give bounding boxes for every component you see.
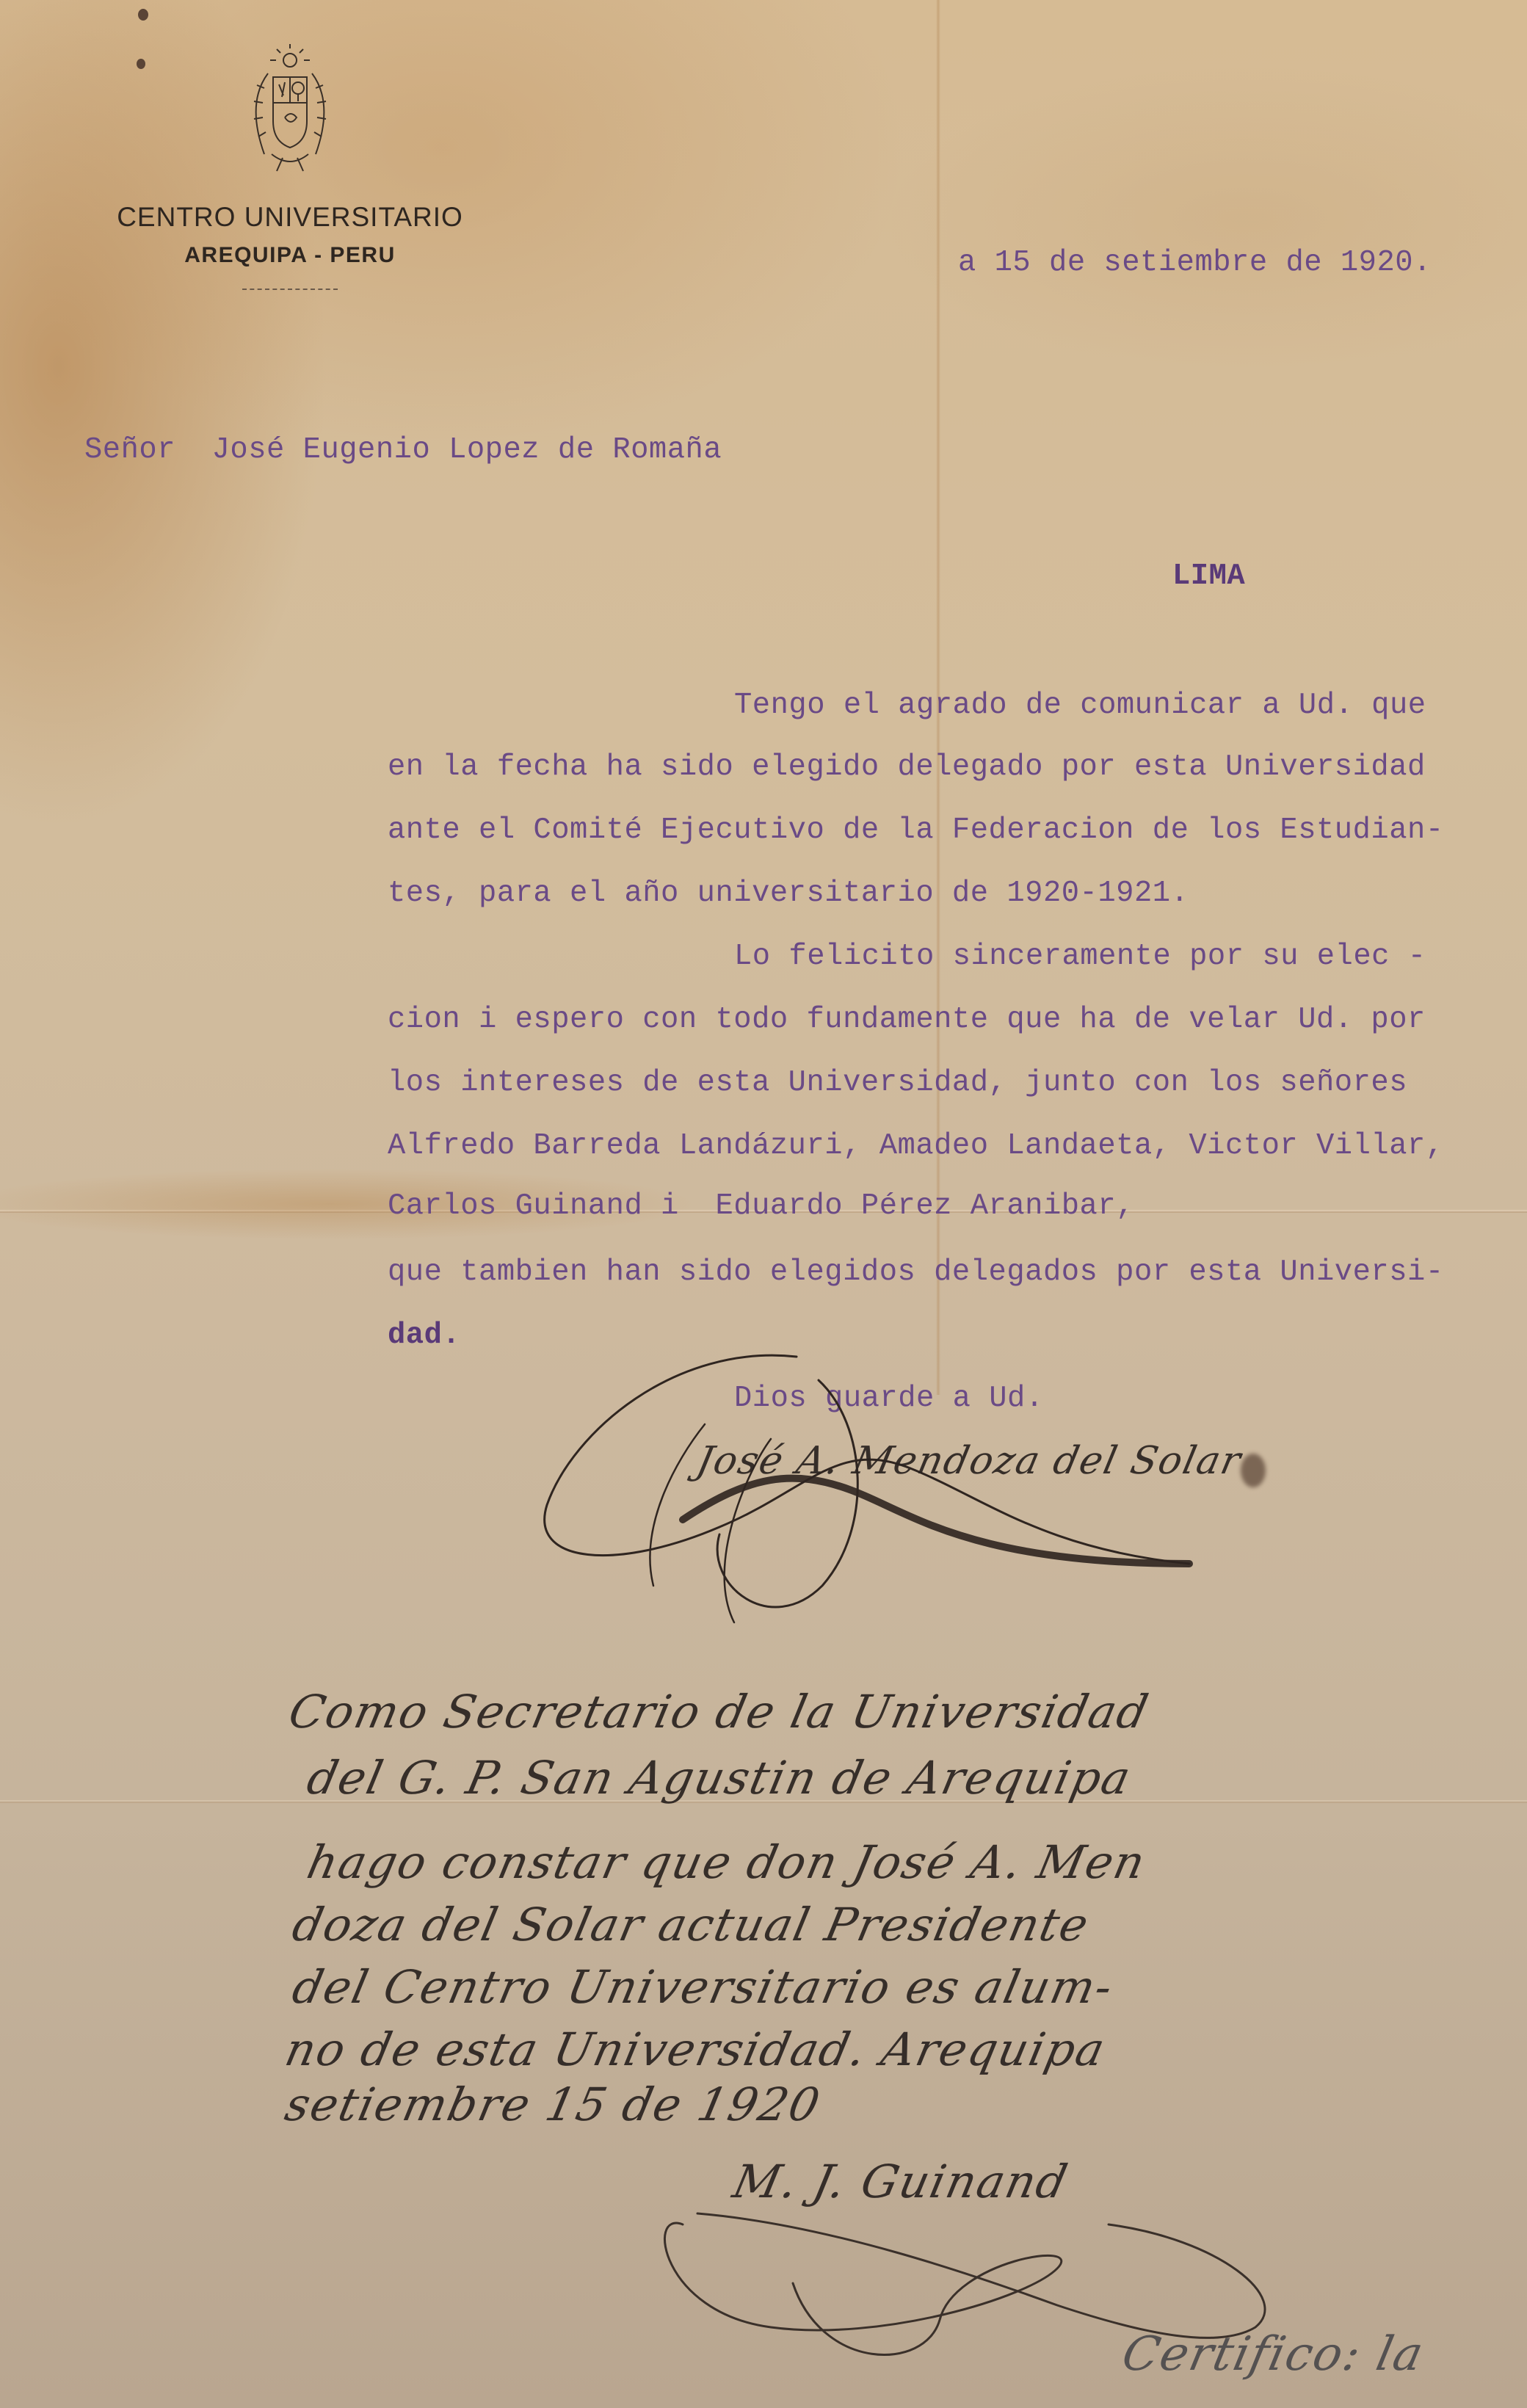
body-line: ante el Comité Ejecutivo de la Federacio…: [388, 813, 1444, 847]
letter-recipient: Señor José Eugenio Lopez de Romaña: [84, 433, 722, 467]
letterhead: CENTRO UNIVERSITARIO AREQUIPA - PERU: [70, 44, 510, 292]
letter-signature: José A. Mendoza del Solar: [693, 1439, 1246, 1483]
pencil-annotation: Certifico: la: [1117, 2327, 1429, 2382]
body-line: Carlos Guinand i Eduardo Pérez Aranibar,: [388, 1189, 1134, 1223]
body-line: dad.: [388, 1319, 460, 1352]
body-line: Tengo el agrado de comunicar a Ud. que: [734, 689, 1426, 722]
handwritten-line: doza del Solar actual Presidente: [288, 1898, 1094, 1951]
handwritten-line: Como Secretario de la Universidad: [284, 1685, 1154, 1738]
institution-location: AREQUIPA - PERU: [70, 243, 510, 268]
handwritten-line: del G. P. San Agustin de Arequipa: [302, 1751, 1136, 1805]
body-line: en la fecha ha sido elegido delegado por…: [388, 750, 1426, 784]
handwritten-line: hago constar que don José A. Men: [302, 1835, 1151, 1889]
body-line: cion i espero con todo fundamente que ha…: [388, 1003, 1426, 1037]
body-line: Alfredo Barreda Landázuri, Amadeo Landae…: [388, 1129, 1444, 1163]
letter-date: a 15 de setiembre de 1920.: [958, 246, 1432, 280]
institution-name: CENTRO UNIVERSITARIO: [70, 202, 510, 233]
ink-spot: [138, 9, 148, 21]
body-line: Lo felicito sinceramente por su elec -: [734, 940, 1426, 973]
body-line: los intereses de esta Universidad, junto…: [388, 1066, 1407, 1100]
letterhead-divider: [242, 289, 338, 292]
handwritten-line: setiembre 15 de 1920: [280, 2078, 825, 2131]
letter-city: LIMA: [1172, 559, 1245, 593]
body-line: tes, para el año universitario de 1920-1…: [388, 877, 1189, 910]
handwritten-line: del Centro Universitario es alum-: [288, 1960, 1118, 2014]
handwritten-line: no de esta Universidad. Arequipa: [280, 2023, 1111, 2076]
signature-flourish: [529, 1343, 1263, 1637]
peruvian-coat-of-arms-icon: [228, 44, 352, 176]
body-line: que tambien han sido elegidos delegados …: [388, 1255, 1444, 1289]
